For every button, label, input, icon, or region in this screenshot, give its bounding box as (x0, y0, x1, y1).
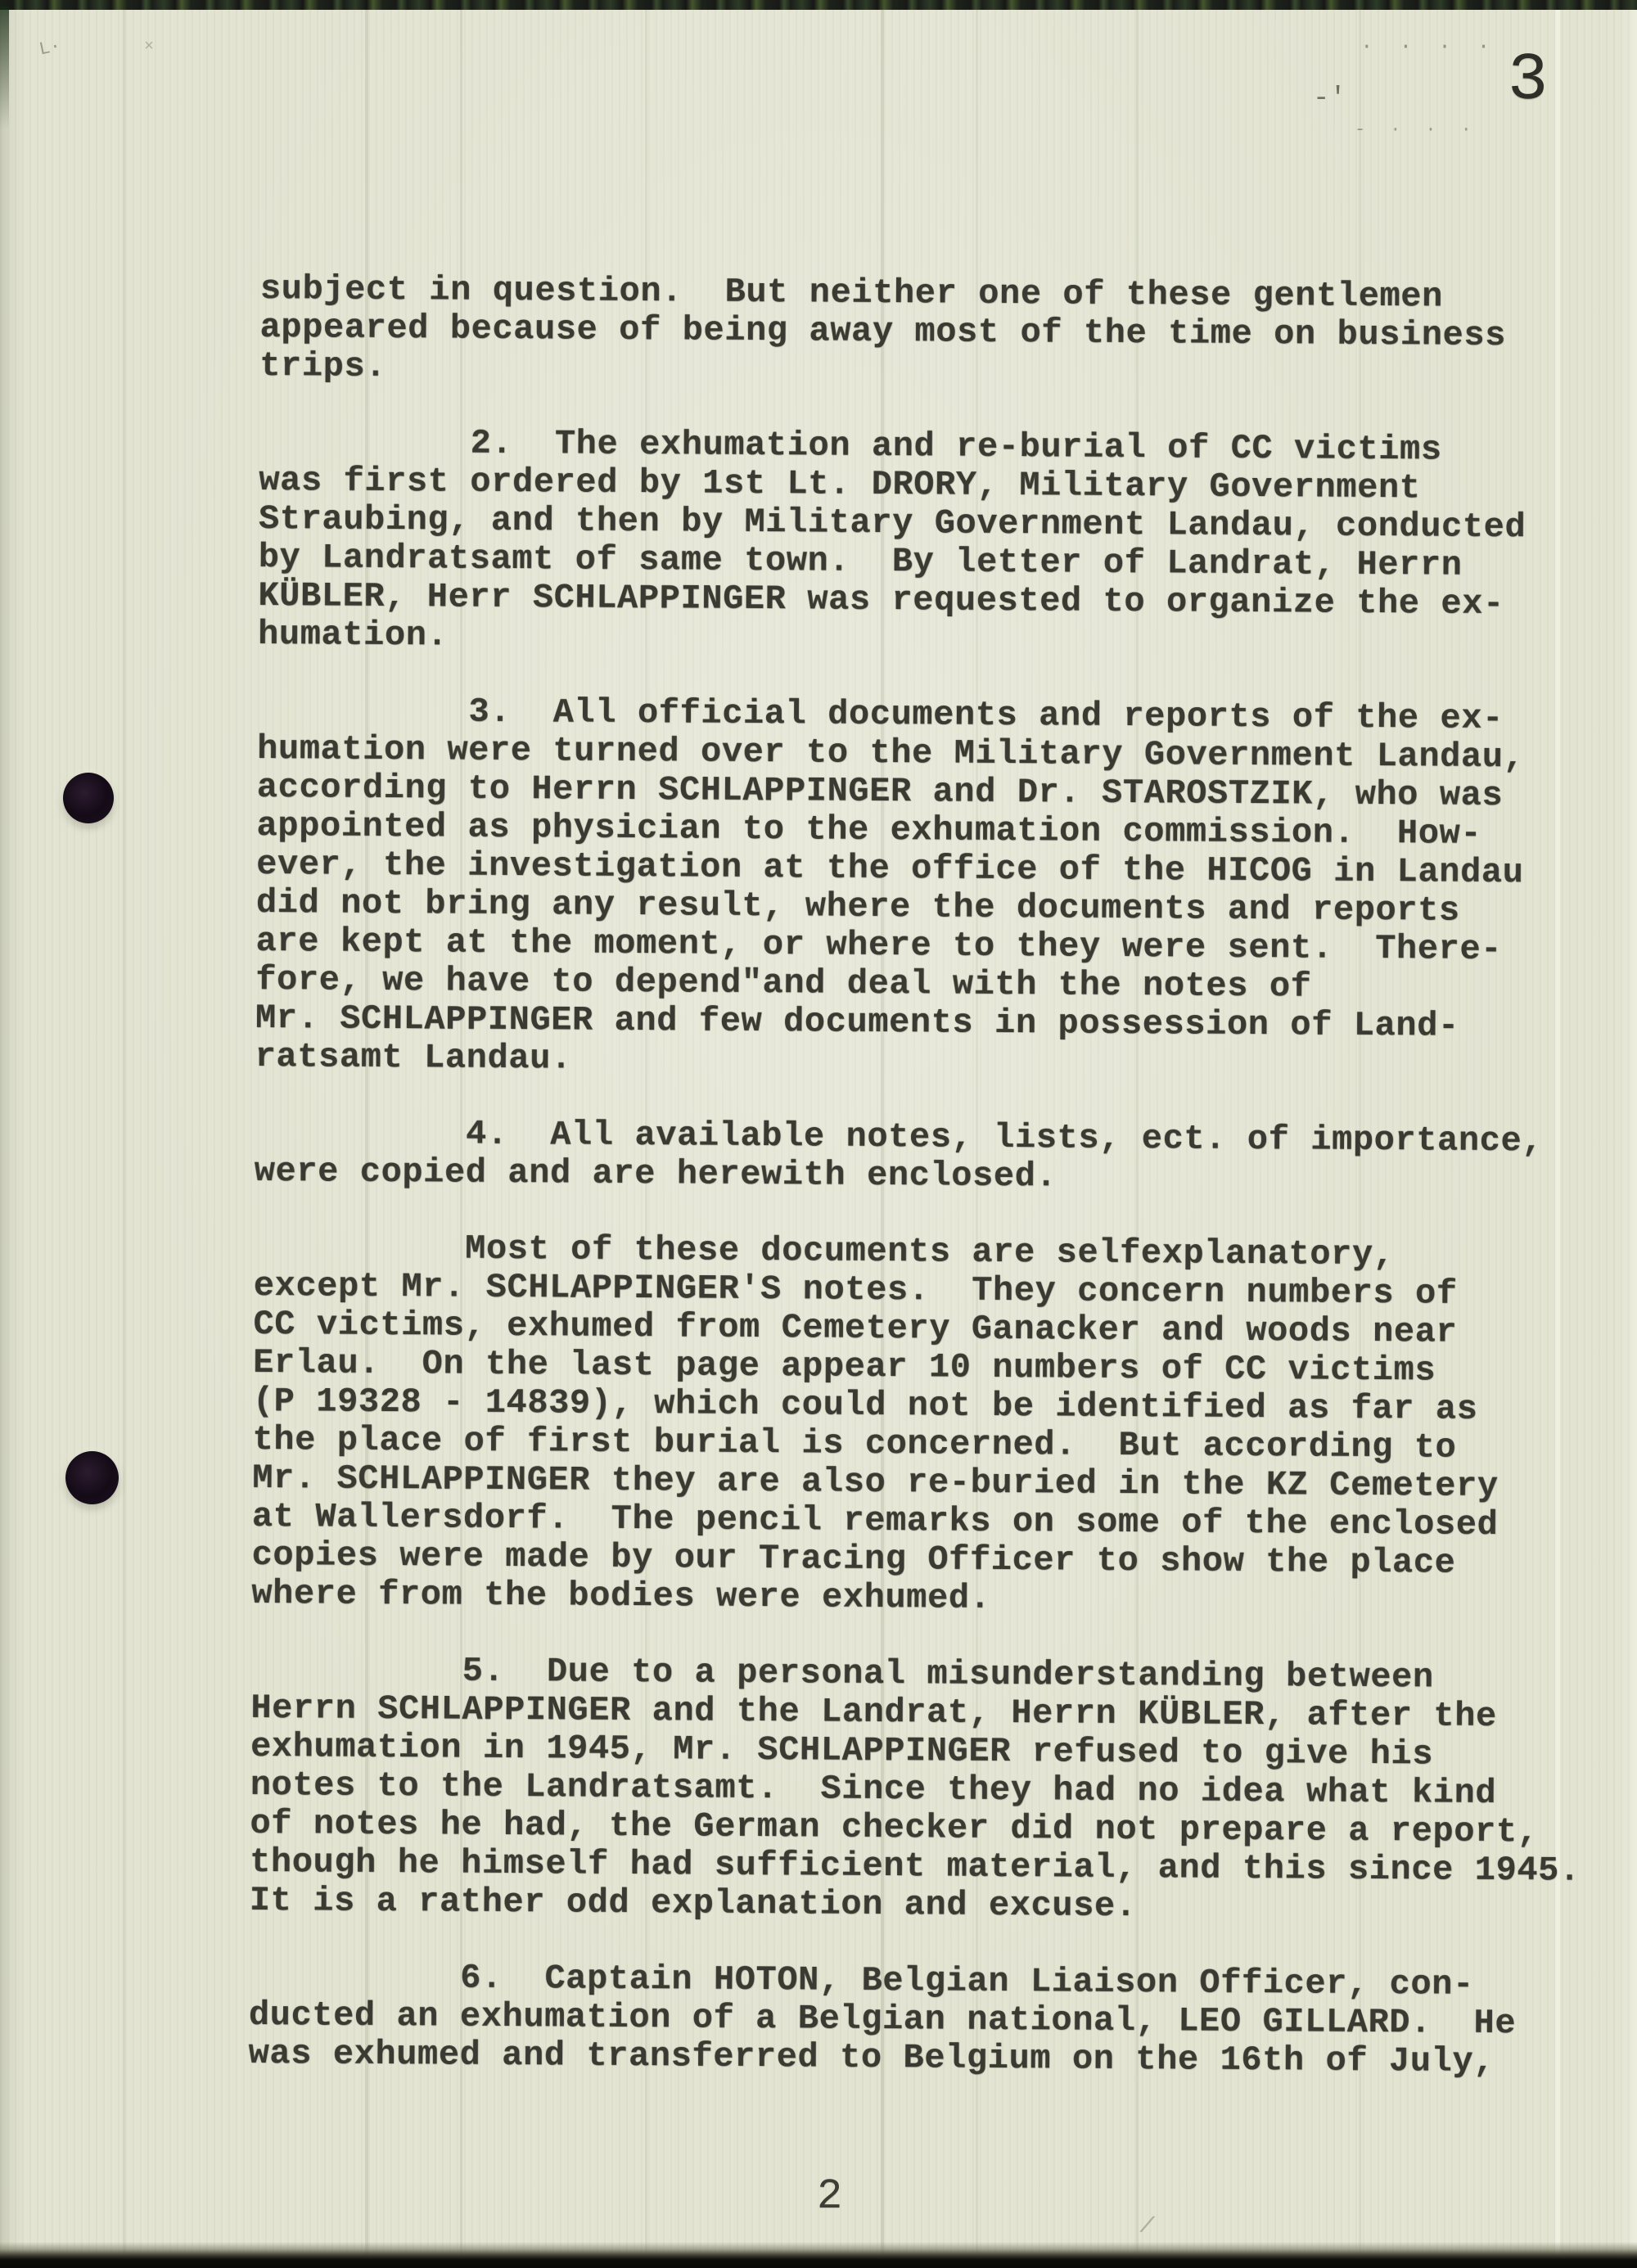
paragraph-7: 6. Captain HOTON, Belgian Liaison Office… (248, 1958, 1601, 2082)
paragraph-6: 5. Due to a personal misunderstanding be… (250, 1651, 1603, 1929)
scan-speck-slash: / (1137, 2213, 1157, 2240)
paragraph-1: subject in question. But neither one of … (259, 270, 1612, 395)
page-number-footer: 2 (817, 2176, 842, 2218)
scan-edge-strip-bottom (0, 2242, 1637, 2268)
scanned-document-page: L· × ···· -' -··· 3 subject in question.… (0, 0, 1637, 2268)
typed-text-block: subject in question. But neither one of … (0, 0, 1637, 2120)
paragraph-4: 4. All available notes, lists, ect. of i… (255, 1114, 1608, 1200)
paragraph-3: 3. All official documents and reports of… (255, 692, 1610, 1085)
paragraph-5: Most of these documents are selfexplanat… (251, 1229, 1606, 1622)
paragraph-2: 2. The exhumation and re-burial of CC vi… (258, 423, 1612, 663)
